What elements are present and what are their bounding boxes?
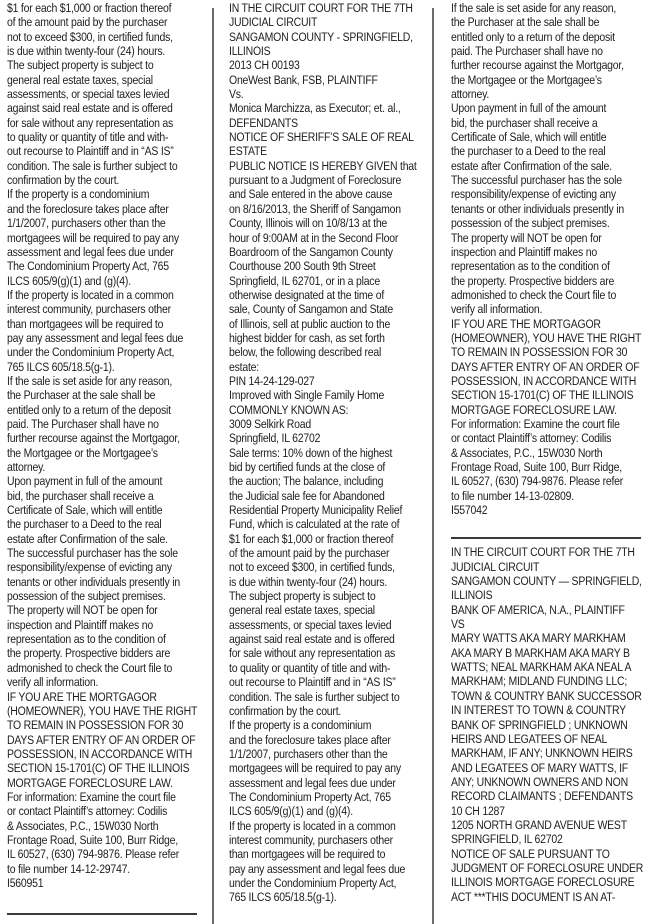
text-line: Certificate of Sale, which will entitle — [7, 503, 207, 517]
notice-gap — [451, 517, 651, 545]
text-line: pay any assessment and legal fees due — [229, 862, 429, 876]
text-line: The property will NOT be open for — [451, 231, 651, 245]
text-line: & Associates, P.C., 15W030 North — [451, 446, 651, 460]
text-line: $1 for each $1,000 or fraction thereof — [229, 532, 429, 546]
text-line: TO REMAIN IN POSSESSION FOR 30 — [7, 718, 207, 732]
text-line: confirmation by the court. — [229, 704, 429, 718]
text-line: the purchaser to a Deed to the real — [451, 144, 651, 158]
text-line: or contact Plaintiff’s attorney: Codilis — [451, 431, 651, 445]
text-line: AND LEGATEES OF MARY WATTS, IF — [451, 761, 651, 775]
text-line: possession of the subject premises. — [451, 216, 651, 230]
text-line: paid. The Purchaser shall have no — [451, 44, 651, 58]
text-line: to file number 14-12-29747. — [7, 862, 207, 876]
text-line: IF YOU ARE THE MORTGAGOR — [7, 690, 207, 704]
text-line: the property. Prospective bidders are — [7, 646, 207, 660]
text-line: ILCS 605/9(g)(1) and (g)(4). — [229, 804, 429, 818]
text-line: highest bidder for cash, as set forth — [229, 331, 429, 345]
text-line: out recourse to Plaintiff and in “AS IS” — [229, 675, 429, 689]
text-line: IF YOU ARE THE MORTGAGOR — [451, 317, 651, 331]
text-line: ESTATE — [229, 144, 429, 158]
text-line: inspection and Plaintiff makes no — [7, 618, 207, 632]
text-line: DAYS AFTER ENTRY OF AN ORDER OF — [7, 733, 207, 747]
text-line: SANGAMON COUNTY - SPRINGFIELD, — [229, 30, 429, 44]
text-line: Fund, which is calculated at the rate of — [229, 517, 429, 531]
text-line: on 8/16/2013, the Sheriff of Sangamon — [229, 202, 429, 216]
text-line: the Mortgagee or the Mortgagee’s — [7, 446, 207, 460]
text-line: PIN 14-24-129-027 — [229, 374, 429, 388]
text-line: tenants or other individuals presently i… — [7, 575, 207, 589]
text-line: the Judicial sale fee for Abandoned — [229, 489, 429, 503]
column-2: IN THE CIRCUIT COURT FOR THE 7THJUDICIAL… — [229, 1, 429, 924]
text-line: Springfield, IL 62702 — [229, 431, 429, 445]
text-line: Frontage Road, Suite 100, Burr Ridge, — [7, 833, 207, 847]
text-line: & Associates, P.C., 15W030 North — [7, 819, 207, 833]
text-line: of the amount paid by the purchaser — [7, 15, 207, 29]
text-line: representation as to the condition of — [7, 632, 207, 646]
text-line: IL 60527, (630) 794-9876. Please refer — [7, 847, 207, 861]
text-line: general real estate taxes, special — [7, 73, 207, 87]
text-line: Certificate of Sale, which will entitle — [451, 130, 651, 144]
text-line: mortgagees will be required to pay any — [229, 761, 429, 775]
text-line: HEIRS AND LEGATEES OF NEAL — [451, 732, 651, 746]
text-line: TO REMAIN IN POSSESSION FOR 30 — [451, 345, 651, 359]
text-line: the purchaser to a Deed to the real — [7, 517, 207, 531]
text-line: responsibility/expense of evicting any — [7, 560, 207, 574]
text-line: SPRINGFIELD, IL 62702 — [451, 832, 651, 846]
text-line: POSSESSION, IN ACCORDANCE WITH — [451, 374, 651, 388]
text-line: not to exceed $300, in certified funds, — [7, 30, 207, 44]
text-line: otherwise designated at the time of — [229, 288, 429, 302]
text-line: The subject property is subject to — [229, 589, 429, 603]
text-line: against said real estate and is offered — [229, 632, 429, 646]
text-line: further recourse against the Mortgagor, — [451, 58, 651, 72]
text-line: representation as to the condition of — [451, 259, 651, 273]
text-line: bid, the purchaser shall receive a — [7, 489, 207, 503]
text-line: IN INTEREST TO TOWN & COUNTRY — [451, 703, 651, 717]
text-line: Residential Property Municipality Relief — [229, 503, 429, 517]
text-line: to quality or quantity of title and with… — [7, 130, 207, 144]
text-line: the Mortgagee or the Mortgagee’s — [451, 73, 651, 87]
text-line: and the foreclosure takes place after — [7, 202, 207, 216]
text-line: responsibility/expense of evicting any — [451, 187, 651, 201]
text-line: POSSESSION, IN ACCORDANCE WITH — [7, 747, 207, 761]
text-line: is due within twenty-four (24) hours. — [7, 44, 207, 58]
text-line: 765 ILCS 605/18.5(g-1). — [7, 360, 207, 374]
notice-divider — [7, 913, 197, 915]
text-line: verify all information. — [7, 675, 207, 689]
text-line: SECTION 15-1701(C) OF THE ILLINOIS — [451, 388, 651, 402]
text-line: Courthouse 200 South 9th Street — [229, 259, 429, 273]
text-line: For information: Examine the court file — [7, 790, 207, 804]
text-line: possession of the subject premises. — [7, 589, 207, 603]
text-line: pay any assessment and legal fees due — [7, 331, 207, 345]
text-line: below, the following described real — [229, 345, 429, 359]
text-line: to quality or quantity of title and with… — [229, 661, 429, 675]
text-line: WATTS; NEAL MARKHAM AKA NEAL A — [451, 660, 651, 674]
text-line: DAYS AFTER ENTRY OF AN ORDER OF — [451, 360, 651, 374]
text-line: condition. The sale is further subject t… — [7, 159, 207, 173]
text-line: against said real estate and is offered — [7, 101, 207, 115]
text-line: the Purchaser at the sale shall be — [7, 388, 207, 402]
text-line: IN THE CIRCUIT COURT FOR THE 7TH — [451, 545, 651, 559]
notice-continuation-block: $1 for each $1,000 or fraction thereofof… — [7, 1, 207, 890]
text-line: Upon payment in full of the amount — [7, 474, 207, 488]
column-3: If the sale is set aside for any reason,… — [451, 1, 651, 924]
text-line: condition. The sale is further subject t… — [229, 690, 429, 704]
text-line: interest community, purchasers other — [7, 302, 207, 316]
text-line: I560951 — [7, 876, 207, 890]
text-line: estate: — [229, 360, 429, 374]
text-line: SANGAMON COUNTY — SPRINGFIELD, — [451, 574, 651, 588]
text-line: the auction; The balance, including — [229, 474, 429, 488]
notice-bank-of-america: IN THE CIRCUIT COURT FOR THE 7THJUDICIAL… — [451, 545, 651, 904]
text-line: assessments, or special taxes levied — [7, 87, 207, 101]
text-line: mortgagees will be required to pay any — [7, 231, 207, 245]
text-line: bid by certified funds at the close of — [229, 460, 429, 474]
notice-divider — [451, 537, 641, 539]
text-line: County, Illinois will on 10/8/13 at the — [229, 216, 429, 230]
text-line: Upon payment in full of the amount — [451, 101, 651, 115]
text-line: interest community, purchasers other — [229, 833, 429, 847]
text-line: out recourse to Plaintiff and in “AS IS” — [7, 144, 207, 158]
text-line: ILLINOIS — [229, 44, 429, 58]
text-line: MORTGAGE FORECLOSURE LAW. — [7, 776, 207, 790]
text-line: pursuant to a Judgment of Foreclosure — [229, 173, 429, 187]
text-line: Boardroom of the Sangamon County — [229, 245, 429, 259]
text-line: BANK OF AMERICA, N.A., PLAINTIFF — [451, 603, 651, 617]
text-line: Frontage Road, Suite 100, Burr Ridge, — [451, 460, 651, 474]
text-line: JUDICIAL CIRCUIT — [451, 560, 651, 574]
notice-onewest-continuation: If the sale is set aside for any reason,… — [451, 1, 651, 517]
text-line: For information: Examine the court file — [451, 417, 651, 431]
text-line: than mortgagees will be required to — [229, 847, 429, 861]
text-line: to file number 14-13-02809. — [451, 489, 651, 503]
text-line: estate after Confirmation of the sale. — [451, 159, 651, 173]
text-line: Monica Marchizza, as Executor; et. al., — [229, 101, 429, 115]
text-line: admonished to check the Court file to — [451, 288, 651, 302]
text-line: assessments, or special taxes levied — [229, 618, 429, 632]
text-line: of the amount paid by the purchaser — [229, 546, 429, 560]
text-line: confirmation by the court. — [7, 173, 207, 187]
text-line: ACT ***THIS DOCUMENT IS AN AT- — [451, 890, 651, 904]
text-line: ILCS 605/9(g)(1) and (g)(4). — [7, 274, 207, 288]
text-line: JUDGMENT OF FORECLOSURE UNDER — [451, 861, 651, 875]
text-line: the Purchaser at the sale shall be — [451, 15, 651, 29]
text-line: and Sale entered in the above cause — [229, 187, 429, 201]
text-line: tenants or other individuals presently i… — [451, 202, 651, 216]
text-line: for sale without any representation as — [7, 116, 207, 130]
text-line: assessment and legal fees due under — [229, 776, 429, 790]
text-line: SECTION 15-1701(C) OF THE ILLINOIS — [7, 761, 207, 775]
text-line: ILLINOIS — [451, 588, 651, 602]
text-line: under the Condominium Property Act, — [229, 876, 429, 890]
text-line: IN THE CIRCUIT COURT FOR THE 7TH — [229, 1, 429, 15]
text-line: NOTICE OF SHERIFF’S SALE OF REAL — [229, 130, 429, 144]
text-line: COMMONLY KNOWN AS: — [229, 403, 429, 417]
text-line: DEFENDANTS — [229, 116, 429, 130]
text-line: paid. The Purchaser shall have no — [7, 417, 207, 431]
column-1: $1 for each $1,000 or fraction thereofof… — [7, 1, 207, 924]
text-line: ILLINOIS MORTGAGE FORECLOSURE — [451, 875, 651, 889]
text-line: under the Condominium Property Act, — [7, 345, 207, 359]
text-line: The Condominium Property Act, 765 — [7, 259, 207, 273]
text-line: for sale without any representation as — [229, 646, 429, 660]
text-line: 2013 CH 00193 — [229, 58, 429, 72]
text-line: If the property is a condominium — [7, 187, 207, 201]
text-line: Vs. — [229, 87, 429, 101]
text-line: JUDICIAL CIRCUIT — [229, 15, 429, 29]
text-line: ANY; UNKNOWN OWNERS AND NON — [451, 775, 651, 789]
text-line: not to exceed $300, in certified funds, — [229, 560, 429, 574]
text-line: attorney. — [7, 460, 207, 474]
text-line: MARY WATTS AKA MARY MARKHAM — [451, 631, 651, 645]
text-line: verify all information. — [451, 302, 651, 316]
text-line: 1/1/2007, purchasers other than the — [229, 747, 429, 761]
text-line: The Condominium Property Act, 765 — [229, 790, 429, 804]
text-line: OneWest Bank, FSB, PLAINTIFF — [229, 73, 429, 87]
text-line: The subject property is subject to — [7, 58, 207, 72]
text-line: assessment and legal fees due under — [7, 245, 207, 259]
text-line: MARKHAM; MIDLAND FUNDING LLC; — [451, 674, 651, 688]
text-line: MARKHAM, IF ANY; UNKNOWN HEIRS — [451, 746, 651, 760]
text-line: The successful purchaser has the sole — [451, 173, 651, 187]
text-line: than mortgagees will be required to — [7, 317, 207, 331]
text-line: further recourse against the Mortgagor, — [7, 431, 207, 445]
text-line: If the property is a condominium — [229, 718, 429, 732]
text-line: BANK OF SPRINGFIELD ; UNKNOWN — [451, 718, 651, 732]
text-line: of Illinois, sell at public auction to t… — [229, 317, 429, 331]
text-line: the property. Prospective bidders are — [451, 274, 651, 288]
text-line: The property will NOT be open for — [7, 603, 207, 617]
text-line: attorney. — [451, 87, 651, 101]
text-line: admonished to check the Court file to — [7, 661, 207, 675]
text-line: (HOMEOWNER), YOU HAVE THE RIGHT — [451, 331, 651, 345]
text-line: MORTGAGE FORECLOSURE LAW. — [451, 403, 651, 417]
legal-notices-page: $1 for each $1,000 or fraction thereofof… — [0, 0, 652, 924]
text-line: If the sale is set aside for any reason, — [451, 1, 651, 15]
text-line: 765 ILCS 605/18.5(g-1). — [229, 890, 429, 904]
column-rule-2 — [432, 8, 434, 924]
text-line: 1/1/2007, purchasers other than the — [7, 216, 207, 230]
text-line: Springfield, IL 62701, or in a place — [229, 274, 429, 288]
notice-onewest-bank: IN THE CIRCUIT COURT FOR THE 7THJUDICIAL… — [229, 1, 429, 905]
text-line: hour of 9:00AM at in the Second Floor — [229, 231, 429, 245]
text-line: entitled only to a return of the deposit — [451, 30, 651, 44]
text-line: general real estate taxes, special — [229, 603, 429, 617]
text-line: entitled only to a return of the deposit — [7, 403, 207, 417]
text-line: and the foreclosure takes place after — [229, 733, 429, 747]
text-line: AKA MARY B MARKHAM AKA MARY B — [451, 646, 651, 660]
text-line: sale, County of Sangamon and State — [229, 302, 429, 316]
text-line: If the property is located in a common — [229, 819, 429, 833]
text-line: RECORD CLAIMANTS ; DEFENDANTS — [451, 789, 651, 803]
text-line: If the property is located in a common — [7, 288, 207, 302]
text-line: inspection and Plaintiff makes no — [451, 245, 651, 259]
text-line: IL 60527, (630) 794-9876. Please refer — [451, 474, 651, 488]
text-line: bid, the purchaser shall receive a — [451, 116, 651, 130]
text-line: PUBLIC NOTICE IS HEREBY GIVEN that — [229, 159, 429, 173]
text-line: (HOMEOWNER), YOU HAVE THE RIGHT — [7, 704, 207, 718]
text-line: 3009 Selkirk Road — [229, 417, 429, 431]
text-line: I557042 — [451, 503, 651, 517]
text-line: estate after Confirmation of the sale. — [7, 532, 207, 546]
text-line: VS — [451, 617, 651, 631]
text-line: or contact Plaintiff’s attorney: Codilis — [7, 804, 207, 818]
text-line: NOTICE OF SALE PURSUANT TO — [451, 847, 651, 861]
text-line: Improved with Single Family Home — [229, 388, 429, 402]
text-line: TOWN & COUNTRY BANK SUCCESSOR — [451, 689, 651, 703]
text-line: The successful purchaser has the sole — [7, 546, 207, 560]
text-line: If the sale is set aside for any reason, — [7, 374, 207, 388]
text-line: is due within twenty-four (24) hours. — [229, 575, 429, 589]
text-line: 10 CH 1287 — [451, 804, 651, 818]
text-line: $1 for each $1,000 or fraction thereof — [7, 1, 207, 15]
text-line: Sale terms: 10% down of the highest — [229, 446, 429, 460]
text-line: 1205 NORTH GRAND AVENUE WEST — [451, 818, 651, 832]
column-rule-1 — [212, 8, 214, 924]
